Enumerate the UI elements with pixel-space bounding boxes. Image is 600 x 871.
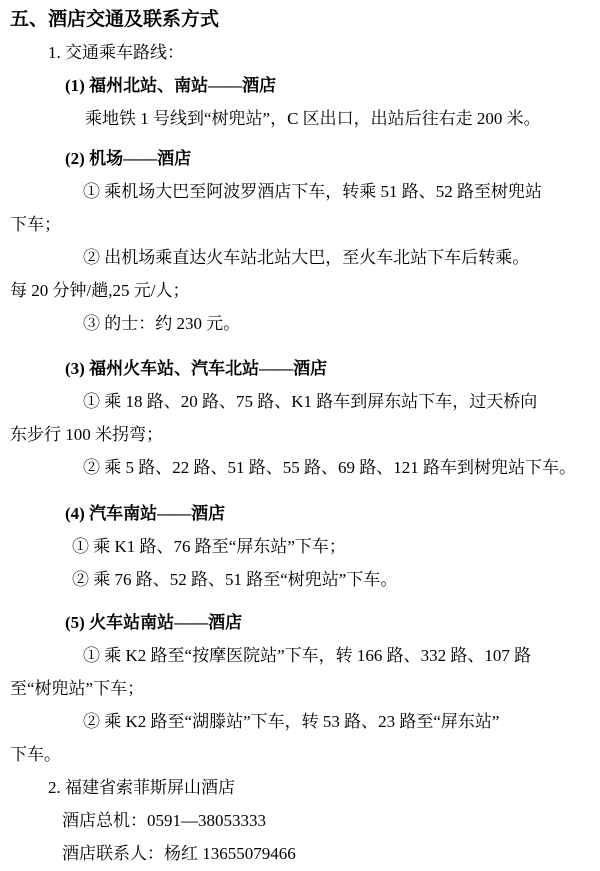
route-4-heading: (4) 汽车南站——酒店 [10,497,586,530]
hotel-section-heading: 2. 福建省索菲斯屏山酒店 [10,771,586,804]
route-4-step-2: ② 乘 76 路、52 路、51 路至“树兜站”下车。 [10,563,586,596]
hotel-contact-person: 酒店联系人：杨红 13655079466 [10,837,586,870]
route-2-step-3: ③ 的士：约 230 元。 [10,307,586,340]
route-3-heading: (3) 福州火车站、汽车北站——酒店 [10,352,586,385]
route-1-heading: (1) 福州北站、南站——酒店 [10,69,586,102]
route-2-step-2: ② 出机场乘直达火车站北站大巴，至火车北站下车后转乘。 [10,241,586,274]
route-3-step-1-cont: 东步行 100 米拐弯； [10,418,586,451]
route-5-heading: (5) 火车站南站——酒店 [10,606,586,639]
route-2-heading: (2) 机场——酒店 [10,142,586,175]
route-5-step-1-cont: 至“树兜站”下车； [10,672,586,705]
document-page: 五、酒店交通及联系方式 1. 交通乘车路线： (1) 福州北站、南站——酒店 乘… [0,0,600,870]
route-5-step-2-cont: 下车。 [10,738,586,771]
route-2-step-1-cont: 下车； [10,208,586,241]
route-5-step-2: ② 乘 K2 路至“湖滕站”下车，转 53 路、23 路至“屏东站” [10,705,586,738]
route-3-step-2: ② 乘 5 路、22 路、51 路、55 路、69 路、121 路车到树兜站下车… [10,451,586,484]
route-3-step-1: ① 乘 18 路、20 路、75 路、K1 路车到屏东站下车，过天桥向 [10,385,586,418]
transport-section-heading: 1. 交通乘车路线： [10,36,586,69]
route-4-step-1: ① 乘 K1 路、76 路至“屏东站”下车； [10,530,586,563]
hotel-switchboard: 酒店总机：0591—38053333 [10,804,586,837]
route-5-step-1: ① 乘 K2 路至“按摩医院站”下车，转 166 路、332 路、107 路 [10,639,586,672]
route-2-step-1: ① 乘机场大巴至阿波罗酒店下车，转乘 51 路、52 路至树兜站 [10,175,586,208]
route-2-step-2-cont: 每 20 分钟/趟,25 元/人； [10,274,586,307]
route-1-line-1: 乘地铁 1 号线到“树兜站”，C 区出口，出站后往右走 200 米。 [10,102,586,135]
document-title: 五、酒店交通及联系方式 [10,3,586,36]
